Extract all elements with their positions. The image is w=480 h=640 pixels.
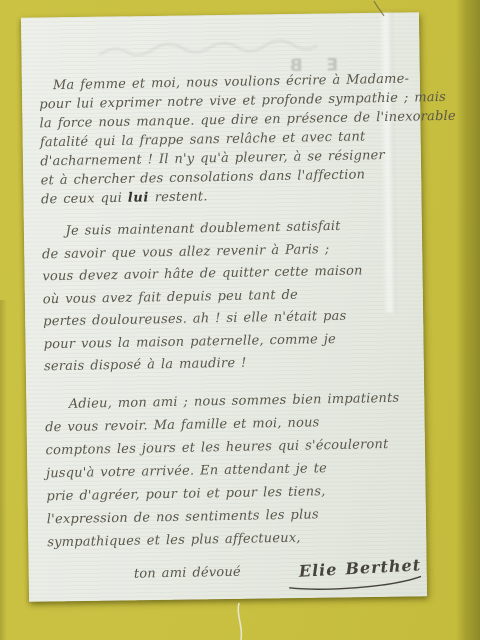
- line-prefix: de ceux qui: [41, 191, 128, 208]
- line-suffix: restent.: [149, 189, 208, 205]
- paragraph-2: Je suis maintenant doublement satisfait …: [41, 214, 418, 378]
- paragraph-3: Adieu, mon ami ; nous sommes bien impati…: [45, 386, 422, 554]
- letter-paper: E B Ma femme et moi, nous voulions écrir…: [21, 12, 427, 602]
- signature-block: Elie Berthet: [299, 555, 422, 583]
- signature-flourish: [285, 574, 425, 591]
- paragraph-1: Ma femme et moi, nous voulions écrire à …: [39, 70, 415, 210]
- closing-salutation: ton ami dévoué: [134, 560, 241, 586]
- letter-body: Ma femme et moi, nous voulions écrire à …: [20, 11, 429, 602]
- closing-row: ton ami dévoué Elie Berthet: [48, 555, 422, 588]
- background-shade-left: [0, 300, 7, 640]
- background-shade-right: [456, 0, 480, 640]
- emphasized-word: lui: [128, 190, 149, 205]
- photo-frame: E B Ma femme et moi, nous voulions écrir…: [0, 0, 480, 640]
